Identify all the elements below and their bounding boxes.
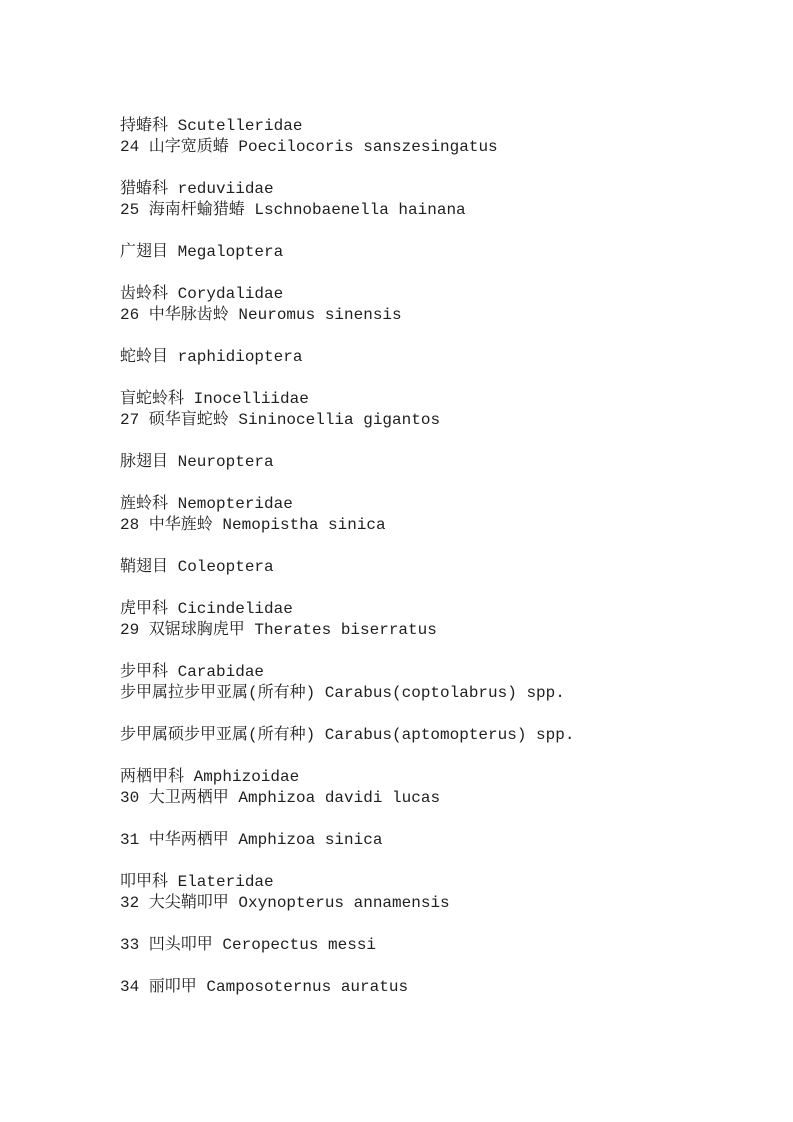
species-line: 34 丽叩甲 Camposoternus auratus: [120, 977, 574, 998]
taxon-block: 叩甲科 Elateridae32 大尖鞘叩甲 Oxynopterus annam…: [120, 872, 574, 914]
species-line: 25 海南杆蝓猎蝽 Lschnobaenella hainana: [120, 200, 574, 221]
species-line: 27 硕华盲蛇蛉 Sininocellia gigantos: [120, 410, 574, 431]
family-line: 两栖甲科 Amphizoidae: [120, 767, 574, 788]
taxon-block: 步甲科 Carabidae步甲属拉步甲亚属(所有种) Carabus(copto…: [120, 662, 574, 704]
taxon-block: 步甲属硕步甲亚属(所有种) Carabus(aptomopterus) spp.: [120, 725, 574, 746]
species-line: 步甲属拉步甲亚属(所有种) Carabus(coptolabrus) spp.: [120, 683, 574, 704]
family-line: 旌蛉科 Nemopteridae: [120, 494, 574, 515]
family-line: 持蝽科 Scutelleridae: [120, 116, 574, 137]
taxon-block: 持蝽科 Scutelleridae24 山字宽质蝽 Poecilocoris s…: [120, 116, 574, 158]
family-line: 猎蝽科 reduviidae: [120, 179, 574, 200]
taxon-block: 33 凹头叩甲 Ceropectus messi: [120, 935, 574, 956]
species-line: 32 大尖鞘叩甲 Oxynopterus annamensis: [120, 893, 574, 914]
taxon-block: 广翅目 Megaloptera: [120, 242, 574, 263]
document-page: 持蝽科 Scutelleridae24 山字宽质蝽 Poecilocoris s…: [0, 0, 793, 1122]
taxon-block: 31 中华两栖甲 Amphizoa sinica: [120, 830, 574, 851]
order-line: 脉翅目 Neuroptera: [120, 452, 574, 473]
taxon-block: 脉翅目 Neuroptera: [120, 452, 574, 473]
species-line: 33 凹头叩甲 Ceropectus messi: [120, 935, 574, 956]
taxon-block: 34 丽叩甲 Camposoternus auratus: [120, 977, 574, 998]
taxon-block: 旌蛉科 Nemopteridae28 中华旌蛉 Nemopistha sinic…: [120, 494, 574, 536]
family-line: 叩甲科 Elateridae: [120, 872, 574, 893]
family-line: 盲蛇蛉科 Inocelliidae: [120, 389, 574, 410]
taxon-block: 鞘翅目 Coleoptera: [120, 557, 574, 578]
species-line: 26 中华脉齿蛉 Neuromus sinensis: [120, 305, 574, 326]
taxon-block: 猎蝽科 reduviidae25 海南杆蝓猎蝽 Lschnobaenella h…: [120, 179, 574, 221]
family-line: 虎甲科 Cicindelidae: [120, 599, 574, 620]
order-line: 蛇蛉目 raphidioptera: [120, 347, 574, 368]
order-line: 广翅目 Megaloptera: [120, 242, 574, 263]
taxon-block: 齿蛉科 Corydalidae26 中华脉齿蛉 Neuromus sinensi…: [120, 284, 574, 326]
taxon-block: 虎甲科 Cicindelidae29 双锯球胸虎甲 Therates biser…: [120, 599, 574, 641]
family-line: 齿蛉科 Corydalidae: [120, 284, 574, 305]
taxon-block: 两栖甲科 Amphizoidae30 大卫两栖甲 Amphizoa davidi…: [120, 767, 574, 809]
order-line: 鞘翅目 Coleoptera: [120, 557, 574, 578]
species-list: 持蝽科 Scutelleridae24 山字宽质蝽 Poecilocoris s…: [120, 116, 574, 1019]
species-line: 31 中华两栖甲 Amphizoa sinica: [120, 830, 574, 851]
species-line: 29 双锯球胸虎甲 Therates biserratus: [120, 620, 574, 641]
taxon-block: 蛇蛉目 raphidioptera: [120, 347, 574, 368]
species-line: 28 中华旌蛉 Nemopistha sinica: [120, 515, 574, 536]
species-line: 30 大卫两栖甲 Amphizoa davidi lucas: [120, 788, 574, 809]
family-line: 步甲科 Carabidae: [120, 662, 574, 683]
taxon-block: 盲蛇蛉科 Inocelliidae27 硕华盲蛇蛉 Sininocellia g…: [120, 389, 574, 431]
species-line: 步甲属硕步甲亚属(所有种) Carabus(aptomopterus) spp.: [120, 725, 574, 746]
species-line: 24 山字宽质蝽 Poecilocoris sanszesingatus: [120, 137, 574, 158]
